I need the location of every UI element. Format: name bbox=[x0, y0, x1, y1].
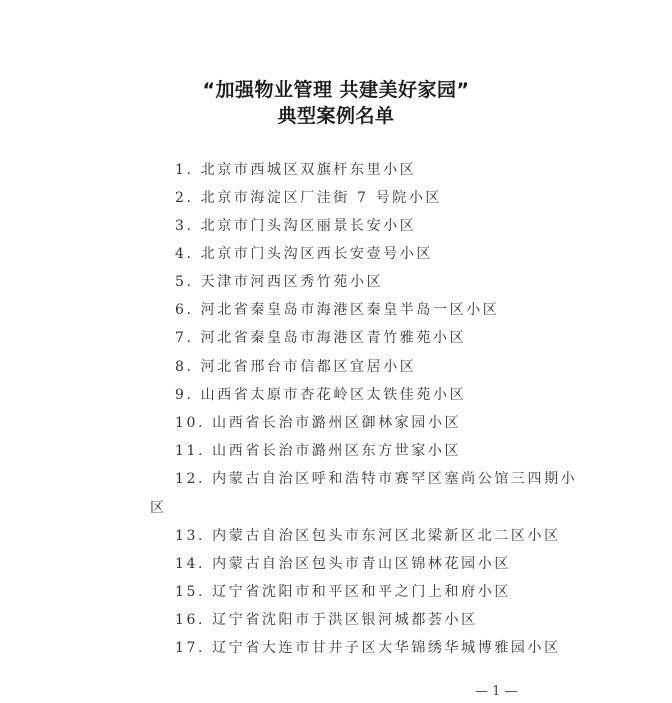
document-title: “加强物业管理 共建美好家园” bbox=[0, 75, 672, 102]
list-item: 1. 北京市西城区双旗杆东里小区 bbox=[175, 159, 416, 179]
list-item: 11. 山西省长治市潞州区东方世家小区 bbox=[175, 440, 461, 460]
page-number: — 1 — bbox=[0, 684, 672, 699]
document-page: “加强物业管理 共建美好家园” 典型案例名单 1. 北京市西城区双旗杆东里小区 … bbox=[0, 0, 672, 703]
list-item: 5. 天津市河西区秀竹苑小区 bbox=[175, 271, 383, 291]
list-item: 3. 北京市门头沟区丽景长安小区 bbox=[175, 215, 416, 235]
list-item-wrap: 区 bbox=[150, 497, 164, 517]
list-item: 6. 河北省秦皇岛市海港区秦皇半岛一区小区 bbox=[175, 299, 499, 319]
list-item: 15. 辽宁省沈阳市和平区和平之门上和府小区 bbox=[175, 581, 511, 601]
list-item: 4. 北京市门头沟区西长安壹号小区 bbox=[175, 243, 433, 263]
list-item: 2. 北京市海淀区厂洼街 7 号院小区 bbox=[175, 187, 442, 207]
list-item: 9. 山西省太原市杏花岭区太铁佳苑小区 bbox=[175, 384, 466, 404]
list-item: 13. 内蒙古自治区包头市东河区北梁新区北二区小区 bbox=[175, 525, 561, 545]
list-item: 16. 辽宁省沈阳市于洪区银河城都荟小区 bbox=[175, 609, 478, 629]
list-item: 12. 内蒙古自治区呼和浩特市赛罕区塞尚公馆三四期小 bbox=[175, 468, 577, 488]
list-item: 10. 山西省长治市潞州区御林家园小区 bbox=[175, 412, 461, 432]
list-item: 7. 河北省秦皇岛市海港区青竹雅苑小区 bbox=[175, 327, 466, 347]
list-item: 8. 河北省邢台市信都区宜居小区 bbox=[175, 356, 416, 376]
list-item: 14. 内蒙古自治区包头市青山区锦林花园小区 bbox=[175, 553, 511, 573]
list-item: 17. 辽宁省大连市甘井子区大华锦绣华城博雅园小区 bbox=[175, 637, 561, 657]
document-subtitle: 典型案例名单 bbox=[0, 101, 672, 128]
